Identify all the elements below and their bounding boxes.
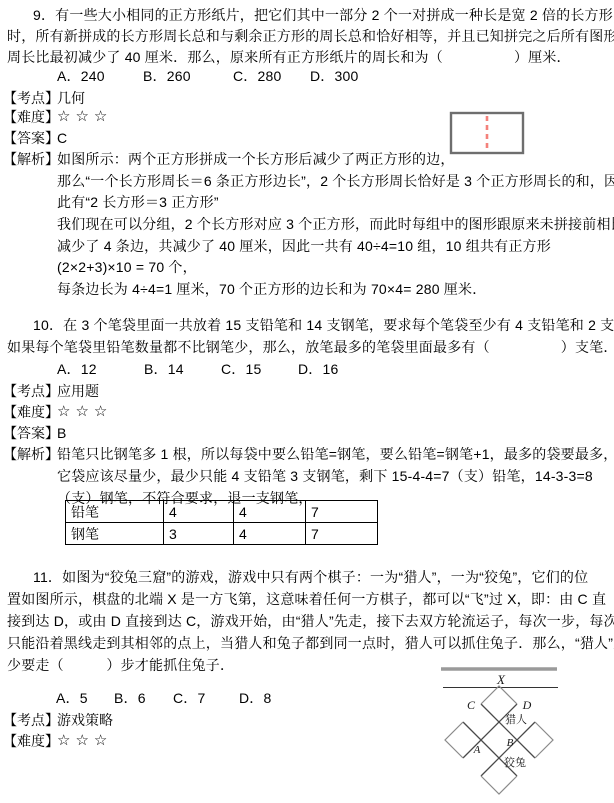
p9-jiexi-line: 每条边长为 4÷4=1 厘米，70 个正方形的边长和为 70×4= 280 厘米… bbox=[57, 279, 486, 299]
p9-question-line: 时，所有新拼成的长方形周长总和与剩余正方形的周长总和恰好相等，并且已知拼完之后所… bbox=[7, 26, 614, 46]
label-b: B bbox=[507, 737, 514, 749]
p10-daan-label: 【答案】 bbox=[3, 423, 59, 443]
p10-option-d: D．16 bbox=[298, 359, 338, 379]
p11-question-line: 只能沿着黑线走到其相邻的点上，当猎人和兔子都到同一点时，猎人可以抓住兔子．那么，… bbox=[7, 633, 614, 653]
table-cell: 4 bbox=[234, 501, 306, 523]
table-cell: 4 bbox=[234, 523, 306, 545]
p10-option-c: C．15 bbox=[221, 359, 261, 379]
p9-kaodian-value: 几何 bbox=[57, 88, 85, 108]
p11-option-b: B．6 bbox=[114, 688, 146, 708]
table-cell: 钢笔 bbox=[66, 523, 164, 545]
p11-option-a: A．5 bbox=[56, 688, 88, 708]
p9-daan-value: C bbox=[57, 128, 67, 148]
p9-rectangle-figure bbox=[448, 110, 528, 158]
p10-question-line: 如果每个笔袋里铅笔数量都不比钢笔少，那么，放笔最多的笔袋里面最多有（ ）支笔． bbox=[7, 337, 614, 357]
label-x: X bbox=[496, 672, 506, 687]
rabbit-label: 狡兔 bbox=[504, 755, 526, 769]
p11-question-line: 接到达 D，或由 D 直接到达 C，游戏开始，由“猎人”先走，接下去双方轮流运子… bbox=[7, 611, 614, 631]
p10-jiexi-line: 它袋应该尽量少，最少只能 4 支铅笔 3 支钢笔，剩下 15-4-4=7（支）铅… bbox=[57, 466, 593, 486]
p11-question-line: 置如图所示，棋盘的北端 X 是一方飞第，这意味着任何一方棋子，都可以“飞”过 X… bbox=[7, 589, 606, 609]
p11-question-line: 少要走（ ）步才能抓住兔子． bbox=[7, 655, 234, 675]
p9-jiexi-line: 那么“一个长方形周长＝6 条正方形边长”，2 个长方形周长恰好是 3 个正方形周… bbox=[57, 171, 614, 191]
p9-jiexi-label: 【解析】 bbox=[3, 149, 59, 169]
p9-nandu-label: 【难度】 bbox=[3, 107, 59, 127]
p10-jiexi-line: 铅笔只比钢笔多 1 根，所以每袋中要么铅笔=钢笔，要么铅笔=钢笔+1，最多的袋要… bbox=[57, 444, 614, 464]
p10-kaodian-value: 应用题 bbox=[57, 381, 99, 401]
p11-nandu-label: 【难度】 bbox=[3, 731, 59, 751]
p10-daan-value: B bbox=[57, 423, 66, 443]
p9-option-c: C．280 bbox=[233, 66, 281, 86]
p10-pen-table: 铅笔 4 4 7 钢笔 3 4 7 bbox=[65, 500, 378, 545]
p9-kaodian-label: 【考点】 bbox=[3, 88, 59, 108]
table-row: 铅笔 4 4 7 bbox=[66, 501, 378, 523]
p11-nandu-stars: ☆☆☆ bbox=[57, 731, 112, 751]
label-a: A bbox=[473, 744, 481, 756]
p10-question-line: 10．在 3 个笔袋里面一共放着 15 支铅笔和 14 支钢笔，要求每个笔袋至少… bbox=[33, 315, 614, 335]
p9-jiexi-line: 减少了 4 条边，共减少了 40 厘米，因此一共有 40÷4=10 组，10 组… bbox=[57, 236, 551, 256]
p11-game-board-figure: X C D A B 猎人 狡兔 bbox=[434, 663, 564, 803]
p10-jiexi-label: 【解析】 bbox=[3, 444, 59, 464]
p10-nandu-label: 【难度】 bbox=[3, 402, 59, 422]
p9-option-d: D．300 bbox=[310, 66, 358, 86]
p11-kaodian-label: 【考点】 bbox=[3, 710, 59, 730]
p9-nandu-stars: ☆☆☆ bbox=[57, 107, 112, 127]
p11-option-c: C．7 bbox=[173, 688, 206, 708]
label-c: C bbox=[467, 698, 476, 712]
p10-option-a: A．12 bbox=[57, 359, 97, 379]
p10-option-b: B．14 bbox=[144, 359, 184, 379]
p9-question-line: 9．有一些大小相同的正方形纸片，把它们其中一部分 2 个一对拼成一种长是宽 2 … bbox=[33, 5, 614, 25]
table-row: 钢笔 3 4 7 bbox=[66, 523, 378, 545]
p9-question-line: 周长比最初减少了 40 厘米．那么，原来所有正方形纸片的周长和为（ ）厘米． bbox=[7, 47, 571, 67]
p11-question-line: 11．如图为“狡兔三窟”的游戏，游戏中只有两个棋子：一为“猎人”，一为“狡兔”，… bbox=[33, 567, 588, 587]
table-cell: 铅笔 bbox=[66, 501, 164, 523]
table-cell: 7 bbox=[306, 523, 378, 545]
p11-option-d: D．8 bbox=[239, 688, 272, 708]
hunter-label: 猎人 bbox=[505, 712, 527, 726]
p10-nandu-stars: ☆☆☆ bbox=[57, 402, 112, 422]
diamond-edges bbox=[445, 686, 553, 794]
p9-option-b: B．260 bbox=[143, 66, 191, 86]
p9-option-a: A．240 bbox=[57, 66, 105, 86]
label-d: D bbox=[522, 698, 532, 712]
p10-kaodian-label: 【考点】 bbox=[3, 381, 59, 401]
p9-daan-label: 【答案】 bbox=[3, 128, 59, 148]
table-cell: 7 bbox=[306, 501, 378, 523]
p9-jiexi-line: 我们现在可以分组，2 个长方形对应 3 个正方形，而此时每组中的图形跟原来未拼接… bbox=[57, 214, 614, 234]
p9-jiexi-line: 此有“2 长方形＝3 正方形” bbox=[57, 192, 219, 212]
table-cell: 3 bbox=[164, 523, 234, 545]
p11-kaodian-value: 游戏策略 bbox=[57, 710, 113, 730]
document-page: 9．有一些大小相同的正方形纸片，把它们其中一部分 2 个一对拼成一种长是宽 2 … bbox=[0, 0, 614, 803]
p9-jiexi-line: (2×2+3)×10 = 70 个， bbox=[57, 257, 197, 277]
table-cell: 4 bbox=[164, 501, 234, 523]
p9-jiexi-line: 如图所示：两个正方形拼成一个长方形后减少了两正方形的边， bbox=[57, 149, 455, 169]
